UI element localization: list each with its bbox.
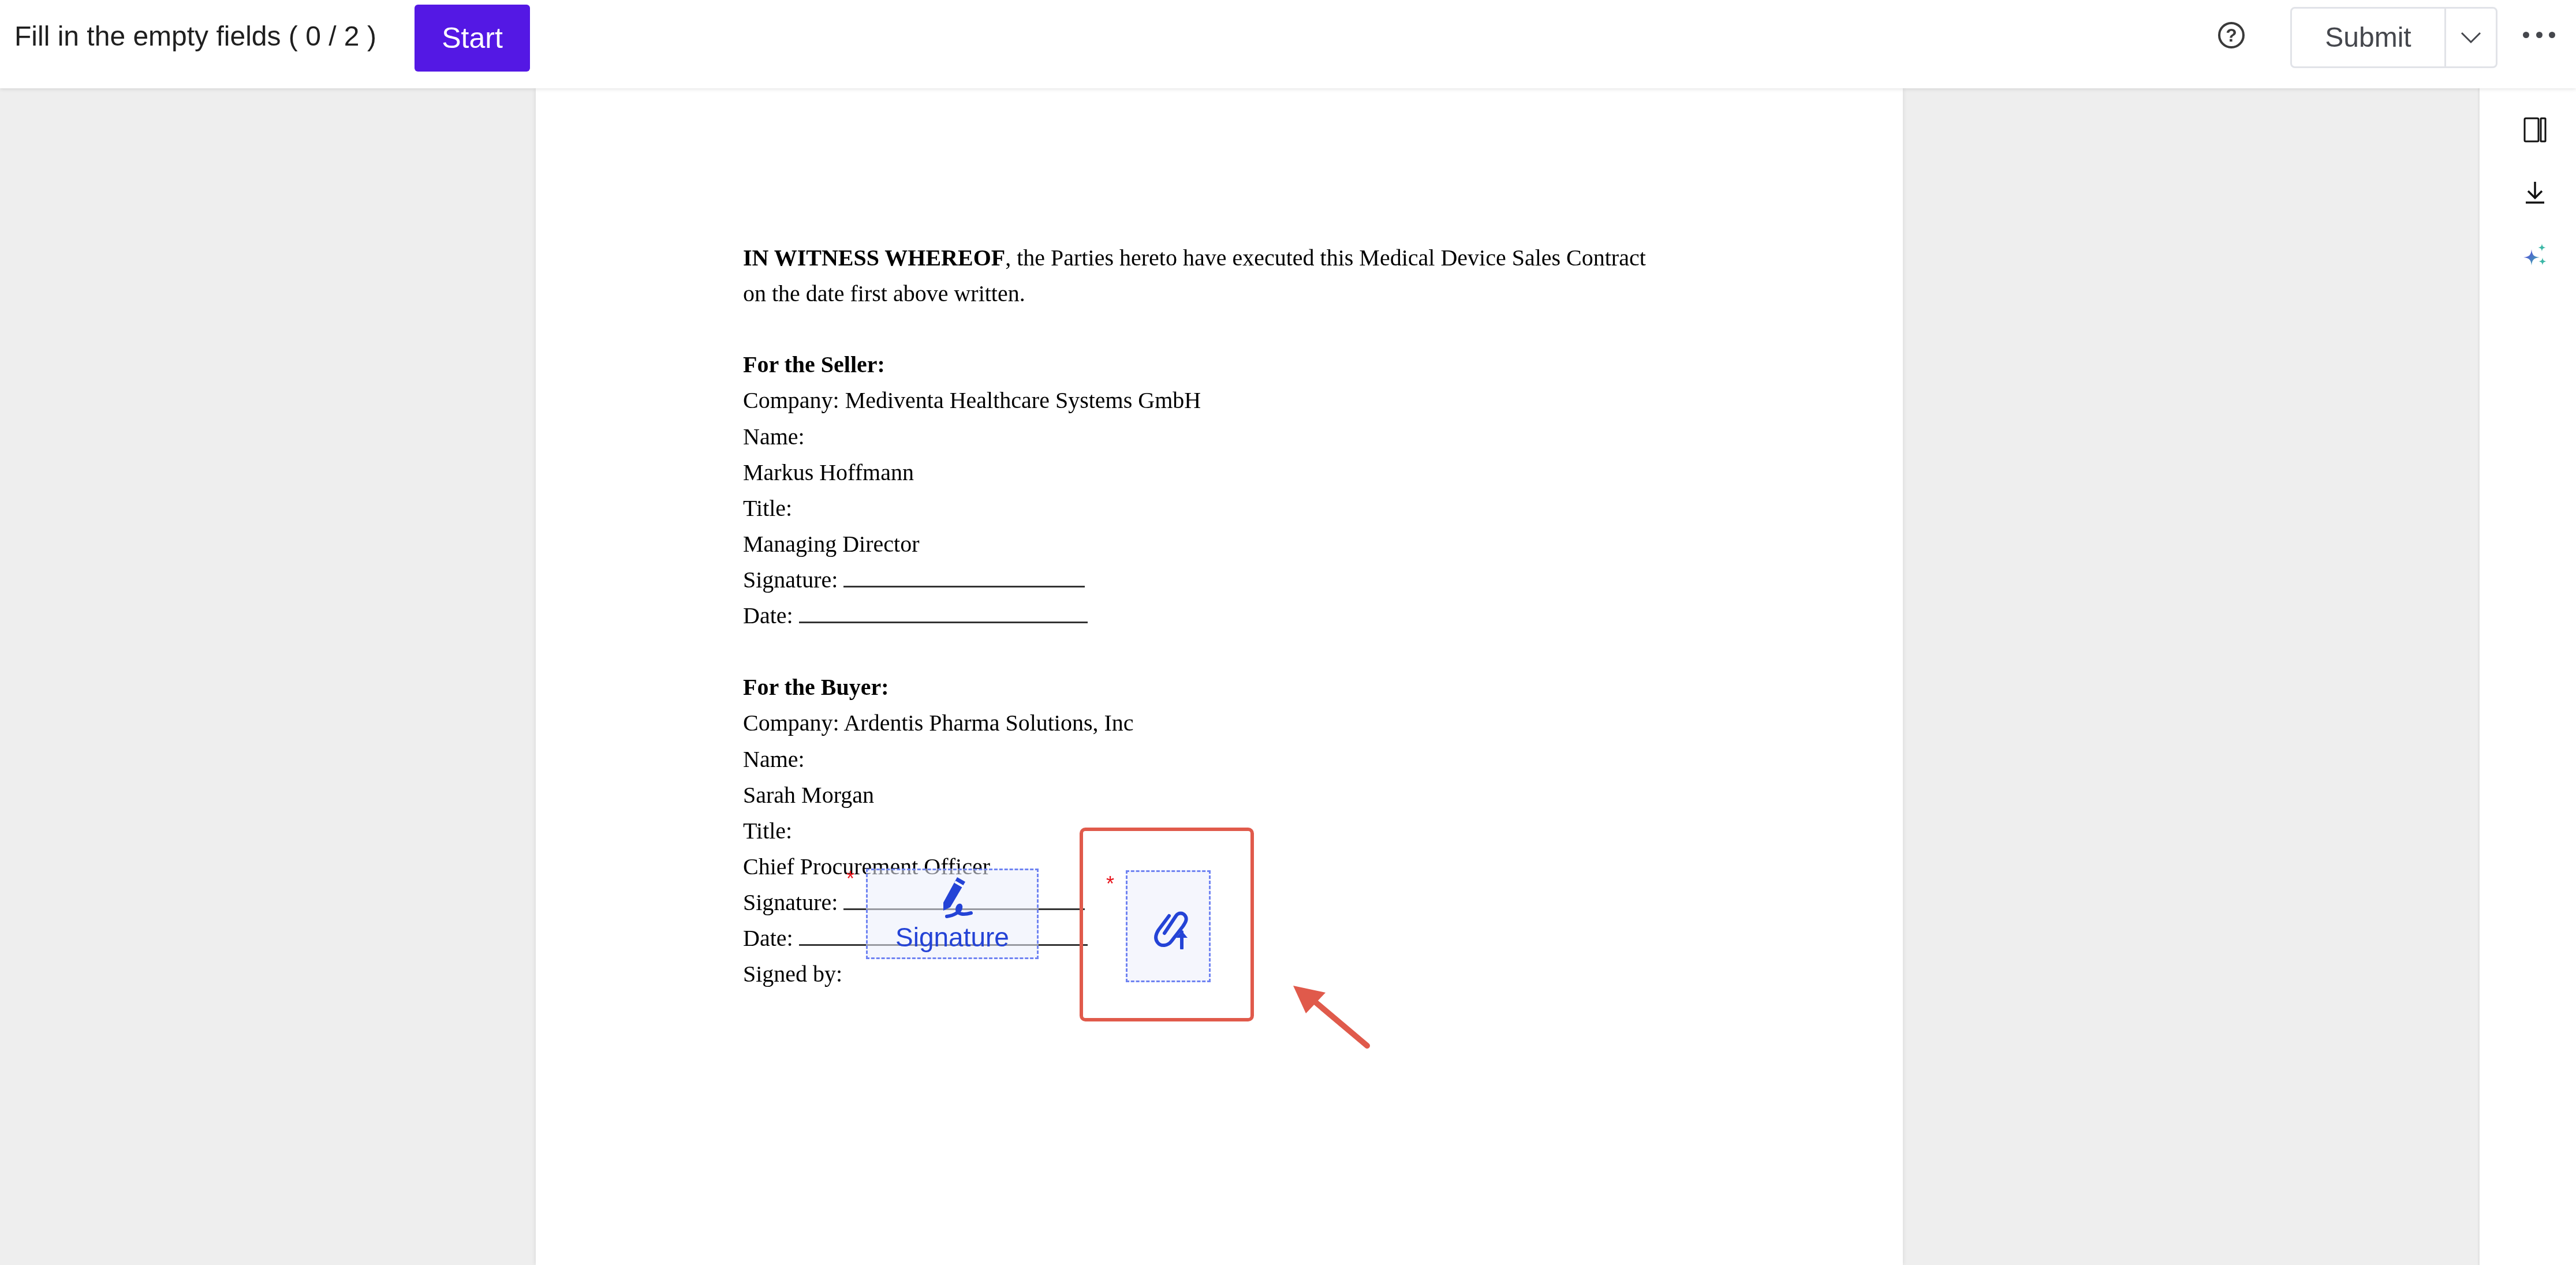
seller-date-line: Date: <box>743 601 1088 630</box>
seller-signature-blank <box>843 568 1085 587</box>
signature-field[interactable]: Signature <box>866 869 1039 959</box>
dot <box>2549 32 2555 38</box>
witness-clause-bold: IN WITNESS WHEREOF <box>743 245 1005 271</box>
right-tool-rail <box>2478 88 2576 1265</box>
signature-field-label: Signature <box>868 922 1037 953</box>
seller-name-label: Name: <box>743 422 805 451</box>
fill-progress-title: Fill in the empty fields ( 0 / 2 ) <box>14 17 376 57</box>
signature-required-marker: * <box>846 869 854 889</box>
buyer-company: Company: Ardentis Pharma Solutions, Inc <box>743 709 1134 738</box>
seller-title: Managing Director <box>743 530 919 559</box>
seller-signature-label: Signature: <box>743 567 838 593</box>
question-circle-icon[interactable]: ? <box>2218 22 2245 48</box>
dot <box>2523 32 2529 38</box>
witness-clause-rest: , the Parties hereto have executed this … <box>1005 245 1646 271</box>
submit-dropdown-button[interactable] <box>2446 9 2496 66</box>
buyer-signature-label: Signature: <box>743 889 838 915</box>
start-button[interactable]: Start <box>415 5 530 72</box>
seller-date-label: Date: <box>743 602 793 628</box>
seller-company: Company: Mediventa Healthcare Systems Gm… <box>743 386 1201 415</box>
attachment-required-marker: * <box>1106 874 1114 895</box>
chevron-down-icon <box>2459 31 2482 44</box>
top-toolbar: Fill in the empty fields ( 0 / 2 ) Start… <box>0 0 2576 88</box>
seller-signature-line: Signature: <box>743 566 1085 594</box>
ai-sparkle-icon[interactable] <box>2521 241 2549 269</box>
seller-name: Markus Hoffmann <box>743 458 914 487</box>
buyer-title-label: Title: <box>743 817 792 845</box>
submit-split-button: Submit <box>2290 7 2497 68</box>
buyer-heading: For the Buyer: <box>743 673 889 702</box>
seller-heading: For the Seller: <box>743 350 885 379</box>
submit-button[interactable]: Submit <box>2292 9 2446 66</box>
witness-clause-line2: on the date first above written. <box>743 279 1025 308</box>
attachment-field[interactable] <box>1126 870 1211 982</box>
dot <box>2536 32 2543 38</box>
sidebar-panel-icon[interactable] <box>2521 116 2549 144</box>
buyer-signed-by: Signed by: <box>743 960 842 989</box>
download-icon[interactable] <box>2521 178 2549 206</box>
signature-pen-icon <box>934 875 975 920</box>
seller-date-blank <box>799 604 1088 623</box>
buyer-name: Sarah Morgan <box>743 781 874 810</box>
attachment-upload-icon <box>1149 905 1191 949</box>
more-horizontal-icon[interactable] <box>2523 23 2555 46</box>
seller-title-label: Title: <box>743 494 792 523</box>
witness-clause-line1: IN WITNESS WHEREOF, the Parties hereto h… <box>743 244 1646 272</box>
buyer-date-label: Date: <box>743 925 793 951</box>
annotation-arrow-icon <box>1282 975 1380 1056</box>
buyer-name-label: Name: <box>743 745 805 774</box>
